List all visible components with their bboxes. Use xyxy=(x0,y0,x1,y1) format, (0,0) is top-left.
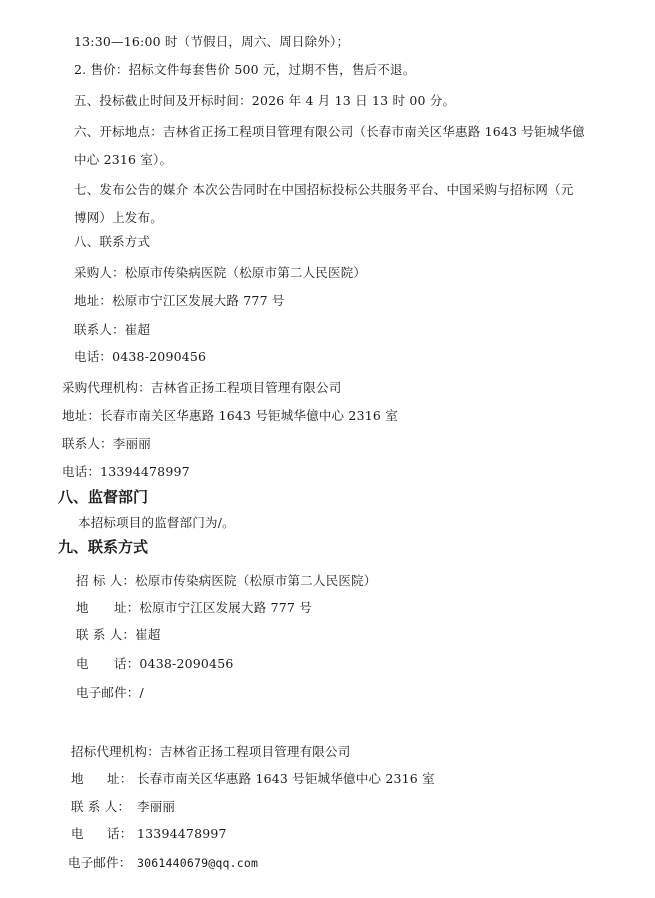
price-line: 2. 售价：招标文件每套售价 500 元，过期不售，售后不退。 xyxy=(74,62,415,78)
tenderer-email: / xyxy=(140,685,144,700)
agency-email-row: 电子邮件：3061440679@qq.com xyxy=(68,855,258,871)
purchaser-phone-line: 电话：0438-2090456 xyxy=(74,349,206,365)
agency-contact-line: 联系人：李丽丽 xyxy=(62,436,151,452)
agency-address-line: 地址：长春市南关区华惠路 1643 号钜城华億中心 2316 室 xyxy=(62,408,398,424)
tenderer-email-row: 电子邮件：/ xyxy=(76,685,144,701)
tenderer-contact: 崔超 xyxy=(135,627,160,642)
tenderer-phone-row: 电话：0438-2090456 xyxy=(76,656,234,672)
agency-line: 采购代理机构：吉林省正扬工程项目管理有限公司 xyxy=(62,380,341,396)
purchaser-line: 采购人：松原市传染病医院（松原市第二人民医院） xyxy=(74,265,366,281)
contact-section-title: 八、联系方式 xyxy=(74,234,150,250)
opening-location-line-2: 中心 2316 室）。 xyxy=(74,152,172,168)
media-line-2: 博网）上发布。 xyxy=(74,210,163,226)
agency-phone: 13394478997 xyxy=(137,826,227,841)
supervision-text: 本招标项目的监督部门为/。 xyxy=(78,515,235,531)
agency-phone-label-b: 话： xyxy=(107,826,137,842)
tenderer-name-row: 招 标 人：松原市传染病医院（松原市第二人民医院） xyxy=(76,573,376,589)
agency-address: 长春市南关区华惠路 1643 号钜城华億中心 2316 室 xyxy=(137,771,435,786)
sale-hours-line: 13:30—16:00 时（节假日，周六、周日除外）； xyxy=(74,34,349,50)
agency-address-label-b: 址： xyxy=(107,771,137,787)
supervision-heading: 八、监督部门 xyxy=(58,488,148,506)
agency-phone-label-a: 电 xyxy=(71,826,107,842)
tenderer-name: 松原市传染病医院（松原市第二人民医院） xyxy=(135,573,376,588)
agency-email-label: 电子邮件： xyxy=(68,855,137,871)
contacts-heading: 九、联系方式 xyxy=(58,538,148,556)
deadline-line: 五、投标截止时间及开标时间：2026 年 4 月 13 日 13 时 00 分。 xyxy=(74,93,455,109)
agency-name-row: 招标代理机构：吉林省正扬工程项目管理有限公司 xyxy=(71,744,350,760)
tenderer-address-label-b: 址： xyxy=(114,600,139,616)
media-line-1: 七、发布公告的媒介 本次公告同时在中国招标投标公共服务平台、中国采购与招标网（元 xyxy=(74,182,573,198)
tenderer-phone-label-b: 话： xyxy=(114,656,139,672)
opening-location-line-1: 六、开标地点：吉林省正扬工程项目管理有限公司（长春市南关区华惠路 1643 号钜… xyxy=(74,124,585,140)
agency-phone-row: 电话：13394478997 xyxy=(71,826,227,842)
agency-contact-row: 联 系 人：李丽丽 xyxy=(71,799,175,815)
tenderer-contact-label: 联 系 人： xyxy=(76,627,135,643)
purchaser-address-line: 地址：松原市宁江区发展大路 777 号 xyxy=(74,293,285,309)
agency-phone-line: 电话：13394478997 xyxy=(62,464,190,480)
tenderer-address-row: 地址：松原市宁江区发展大路 777 号 xyxy=(76,600,312,616)
tenderer-contact-row: 联 系 人：崔超 xyxy=(76,627,161,643)
agency-email: 3061440679@qq.com xyxy=(137,856,258,870)
agency-address-row: 地址：长春市南关区华惠路 1643 号钜城华億中心 2316 室 xyxy=(71,771,435,787)
tenderer-name-label: 招 标 人： xyxy=(76,573,135,589)
agency-contact-label: 联 系 人： xyxy=(71,799,137,815)
tenderer-address: 松原市宁江区发展大路 777 号 xyxy=(139,600,312,615)
agency-address-label-a: 地 xyxy=(71,771,107,787)
tenderer-phone-label-a: 电 xyxy=(76,656,114,672)
agency-name-label: 招标代理机构： xyxy=(71,744,160,760)
agency-name: 吉林省正扬工程项目管理有限公司 xyxy=(160,744,351,759)
tenderer-address-label-a: 地 xyxy=(76,600,114,616)
tenderer-email-label: 电子邮件： xyxy=(76,685,140,701)
purchaser-contact-line: 联系人：崔超 xyxy=(74,322,150,338)
tenderer-phone: 0438-2090456 xyxy=(139,656,233,671)
agency-contact: 李丽丽 xyxy=(137,799,175,814)
